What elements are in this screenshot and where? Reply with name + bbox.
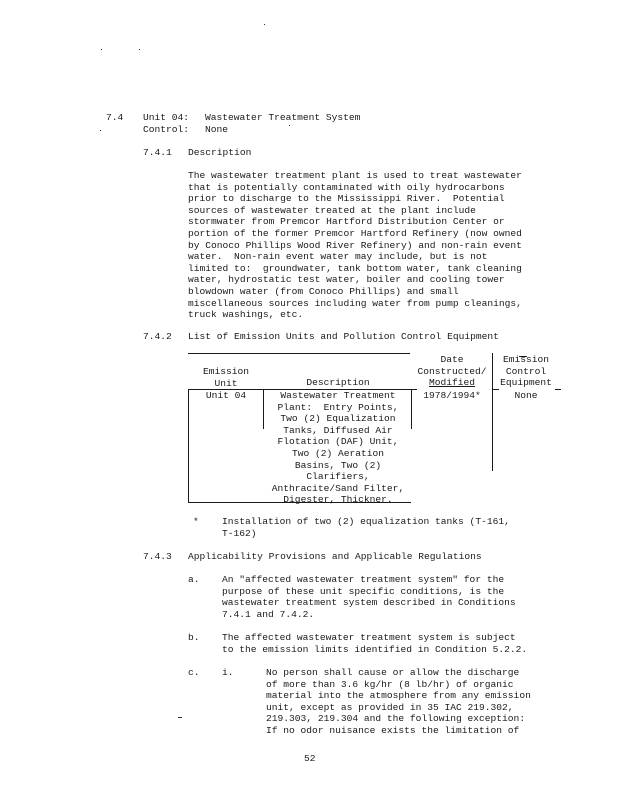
paragraph-line: that is potentially contaminated with oi… [188, 182, 522, 194]
item-label: b. [188, 632, 200, 644]
header-line: Description [264, 377, 412, 389]
item-line: material into the atmosphere from any em… [266, 690, 531, 702]
paragraph-line: The wastewater treatment plant is used t… [188, 170, 522, 182]
header-line: Date [411, 354, 493, 366]
item-label: a. [188, 574, 200, 586]
subsection-title: List of Emission Units and Pollution Con… [188, 331, 499, 343]
paragraph-line: sources of wastewater treated at the pla… [188, 205, 522, 217]
footnote-marker: * [193, 516, 199, 528]
scan-speck [289, 125, 290, 126]
paragraph-line: blowdown water (from Conoco Phillips) an… [188, 286, 522, 298]
header-description: Description [264, 377, 412, 389]
paragraph-line: prior to discharge to the Mississippi Ri… [188, 193, 522, 205]
footnote-line: Installation of two (2) equalization tan… [222, 516, 510, 528]
table-left-rule [188, 389, 189, 503]
description-line: Basins, Two (2) [258, 460, 418, 472]
item-sublabel: i. [222, 667, 234, 679]
scan-speck [100, 130, 101, 131]
item-line: wastewater treatment system described in… [222, 597, 516, 609]
subsection-title: Description [188, 147, 251, 159]
item-line: No person shall cause or allow the disch… [266, 667, 531, 679]
subsection-number: 7.4.2 [143, 331, 172, 343]
scan-speck [178, 717, 182, 718]
paragraph-line: water, hydrostatic test water, boiler an… [188, 274, 522, 286]
header-emission-unit: Emission Unit [188, 366, 264, 389]
item-line: An "affected wastewater treatment system… [222, 574, 516, 586]
description-paragraph: The wastewater treatment plant is used t… [188, 170, 522, 321]
description-line: Tanks, Diffused Air [258, 425, 418, 437]
scan-speck [139, 49, 140, 50]
item-line: If no odor nuisance exists the limitatio… [266, 725, 531, 737]
section-title: Wastewater Treatment System [205, 112, 360, 124]
control-value: None [205, 124, 228, 136]
header-line: Emission [188, 366, 264, 378]
scan-speck [264, 24, 265, 25]
description-line: Two (2) Aeration [258, 448, 418, 460]
header-line: Emission [493, 354, 559, 366]
table-top-rule [188, 353, 410, 354]
section-number: 7.4 [106, 112, 123, 124]
scan-speck [101, 49, 102, 50]
cell-date: 1978/1994* [411, 390, 493, 402]
paragraph-line: water. Non-rain event water may include,… [188, 251, 522, 263]
subsection-number: 7.4.1 [143, 147, 172, 159]
description-line: Flotation (DAF) Unit, [258, 436, 418, 448]
description-line: Anthracite/Sand Filter, [258, 483, 418, 495]
header-line: Unit [188, 378, 264, 390]
header-line: Constructed/ [411, 366, 493, 378]
description-line: Wastewater Treatment [258, 390, 418, 402]
paragraph-line: miscellaneous sources including water fr… [188, 298, 522, 310]
description-line: Two (2) Equalization [258, 413, 418, 425]
description-line: Digester, Thickner. [258, 494, 418, 506]
header-line: Control [493, 366, 559, 378]
cell-unit: Unit 04 [188, 390, 264, 402]
description-line: Clarifiers, [258, 471, 418, 483]
page-number: 52 [304, 753, 316, 765]
header-control: Emission Control Equipment [493, 354, 559, 389]
paragraph-line: by Conoco Phillips Wood River Refinery) … [188, 240, 522, 252]
paragraph-line: limited to: groundwater, tank bottom wat… [188, 263, 522, 275]
paragraph-line: truck washings, etc. [188, 309, 522, 321]
section-title-label: Unit 04: [143, 112, 189, 124]
description-line: Plant: Entry Points, [258, 402, 418, 414]
control-label: Control: [143, 124, 189, 136]
footnote-line: T-162) [222, 528, 510, 540]
subsection-number: 7.4.3 [143, 551, 172, 563]
cell-description: Wastewater Treatment Plant: Entry Points… [258, 390, 418, 506]
item-line: to the emission limits identified in Con… [222, 644, 527, 656]
item-line: unit, except as provided in 35 IAC 219.3… [266, 702, 531, 714]
paragraph-line: stormwater from Premcor Hartford Distrib… [188, 216, 522, 228]
cell-control: None [493, 390, 559, 402]
header-line: Modified [411, 377, 493, 389]
item-line: 7.4.1 and 7.4.2. [222, 609, 516, 621]
paragraph-line: portion of the former Premcor Hartford R… [188, 228, 522, 240]
header-date: Date Constructed/ Modified [411, 354, 493, 389]
subsection-title: Applicability Provisions and Applicable … [188, 551, 482, 563]
header-line: Equipment [493, 377, 559, 389]
item-line: 219.303, 219.304 and the following excep… [266, 713, 531, 725]
item-label: c. [188, 667, 200, 679]
item-line: of more than 3.6 kg/hr (8 lb/hr) of orga… [266, 679, 531, 691]
item-line: purpose of these unit specific condition… [222, 586, 516, 598]
item-line: The affected wastewater treatment system… [222, 632, 527, 644]
